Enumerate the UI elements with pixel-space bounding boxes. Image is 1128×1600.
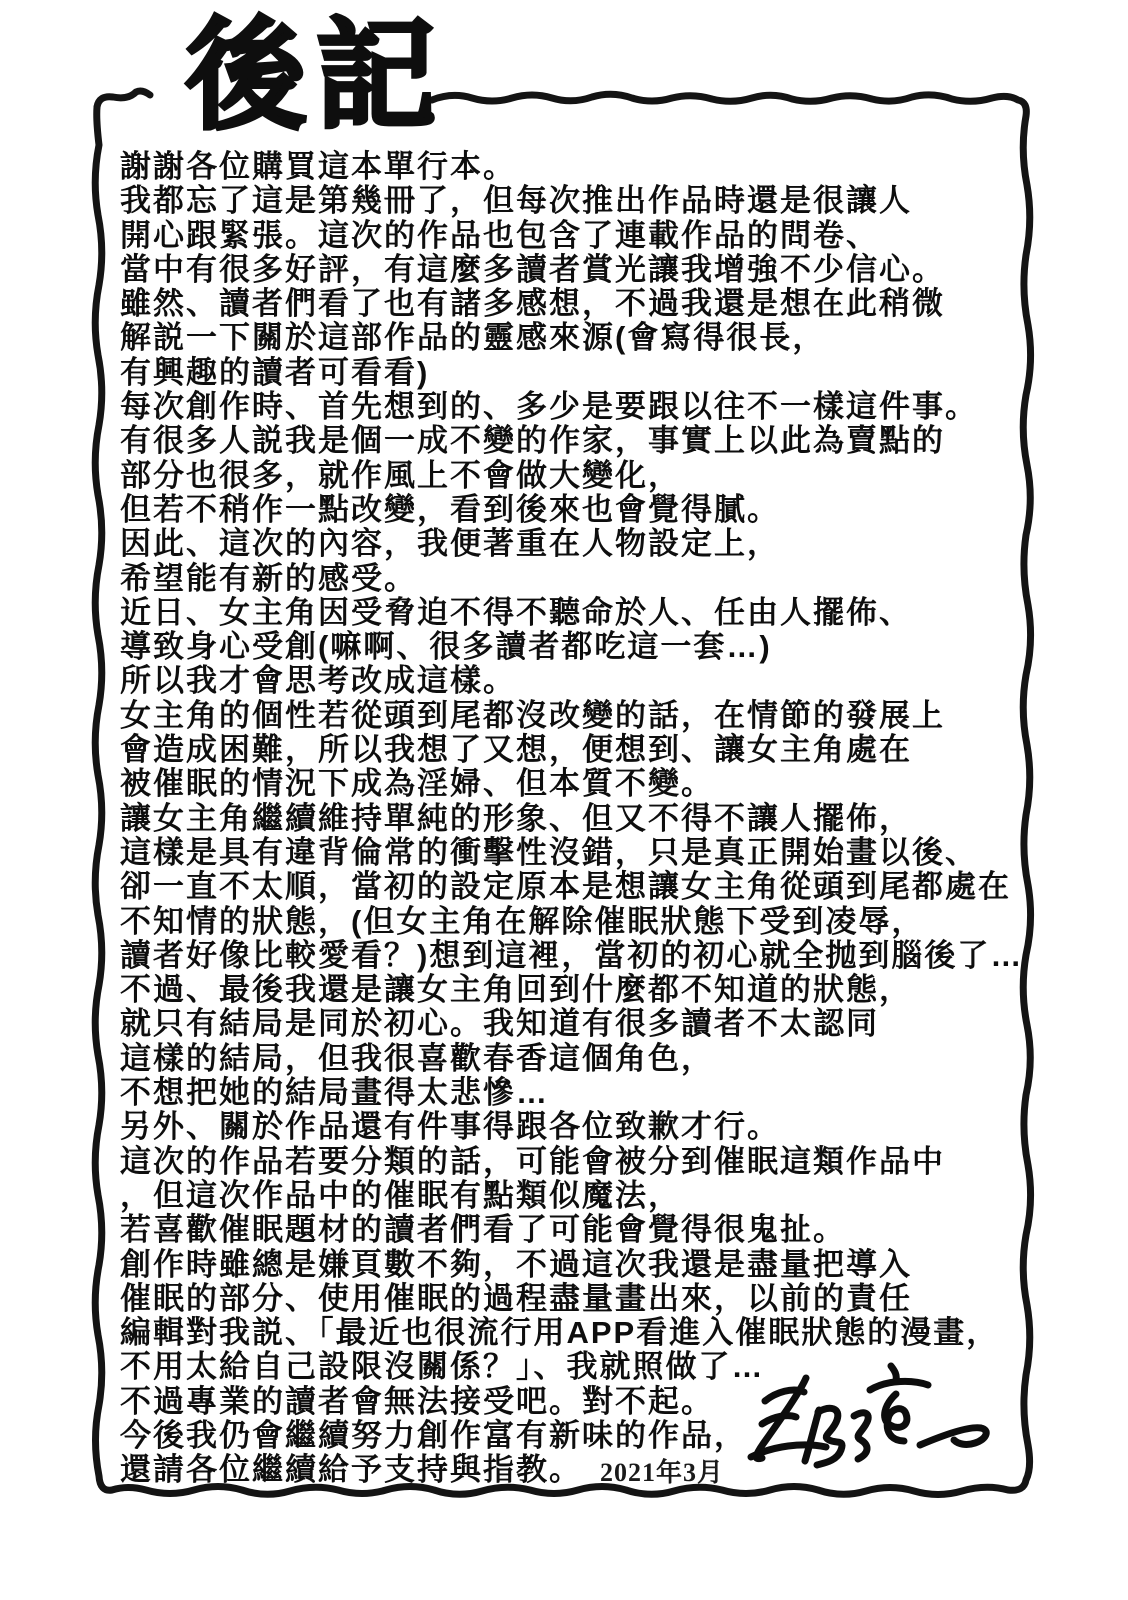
text-line: 被催眠的情況下成為淫婦、但本質不變。	[120, 767, 1040, 801]
text-line: 這樣的結局，但我很喜歡春香這個角色，	[120, 1042, 1040, 1076]
text-line: 每次創作時、首先想到的、多少是要跟以往不一樣這件事。	[120, 390, 1040, 424]
text-line: 讀者好像比較愛看？)想到這裡，當初的初心就全抛到腦後了…	[120, 939, 1040, 973]
text-line: 女主角的個性若從頭到尾都沒改變的話，在情節的發展上	[120, 699, 1040, 733]
author-signature	[718, 1348, 1004, 1492]
text-line: 不想把她的結局畫得太悲慘…	[120, 1076, 1040, 1110]
text-line: 不過、最後我還是讓女主角回到什麼都不知道的狀態，	[120, 973, 1040, 1007]
text-line: 開心跟緊張。這次的作品也包含了連載作品的問卷、	[120, 219, 1040, 253]
text-line: 雖然、讀者們看了也有諸多感想，不過我還是想在此稍微	[120, 287, 1040, 321]
text-line: 有很多人説我是個一成不變的作家，事實上以此為賣點的	[120, 424, 1040, 458]
text-line: 有興趣的讀者可看看)	[120, 356, 1040, 390]
text-line: 會造成困難，所以我想了又想，便想到、讓女主角處在	[120, 733, 1040, 767]
text-line: 希望能有新的感受。	[120, 562, 1040, 596]
text-line: 若喜歡催眠題材的讀者們看了可能會覺得很鬼扯。	[120, 1213, 1040, 1247]
text-line: 謝謝各位購買這本單行本。	[120, 150, 1040, 184]
text-line: 這次的作品若要分類的話，可能會被分到催眠這類作品中	[120, 1145, 1040, 1179]
text-line: 這樣是具有違背倫常的衝擊性沒錯，只是真正開始畫以後、	[120, 836, 1040, 870]
text-line: 當中有很多好評，有這麼多讀者賞光讓我增強不少信心。	[120, 253, 1040, 287]
border-top-left-stub	[97, 91, 150, 107]
text-line: 編輯對我説、「最近也很流行用APP看進入催眠狀態的漫畫，	[120, 1316, 1040, 1350]
text-line: 導致身心受創(嘛啊、很多讀者都吃這一套…)	[120, 630, 1040, 664]
date-label: 2021年3月	[600, 1452, 724, 1489]
text-line: ，但這次作品中的催眠有點類似魔法，	[120, 1179, 1040, 1213]
text-line: 所以我才會思考改成這樣。	[120, 664, 1040, 698]
text-line: 部分也很多，就作風上不會做大變化，	[120, 459, 1040, 493]
text-line: 卻一直不太順，當初的設定原本是想讓女主角從頭到尾都處在	[120, 870, 1040, 904]
afterword-page: 後記 謝謝各位購買這本單行本。我都忘了這是第幾冊了，但每次推出作品時還是很讓人開…	[0, 0, 1128, 1600]
text-line: 就只有結局是同於初心。我知道有很多讀者不太認同	[120, 1007, 1040, 1041]
text-line: 我都忘了這是第幾冊了，但每次推出作品時還是很讓人	[120, 184, 1040, 218]
text-line: 因此、這次的內容，我便著重在人物設定上，	[120, 527, 1040, 561]
text-line: 讓女主角繼續維持單純的形象、但又不得不讓人擺佈，	[120, 802, 1040, 836]
text-line: 但若不稍作一點改變，看到後來也會覺得膩。	[120, 493, 1040, 527]
text-line: 近日、女主角因受脅迫不得不聽命於人、任由人擺佈、	[120, 596, 1040, 630]
text-line: 解説一下關於這部作品的靈感來源(會寫得很長，	[120, 321, 1040, 355]
text-line: 不知情的狀態，(但女主角在解除催眠狀態下受到凌辱，	[120, 905, 1040, 939]
afterword-text: 謝謝各位購買這本單行本。我都忘了這是第幾冊了，但每次推出作品時還是很讓人開心跟緊…	[120, 150, 1040, 1488]
page-title: 後記	[186, 16, 446, 136]
text-line: 催眠的部分、使用催眠的過程盡量畫出來，以前的責任	[120, 1282, 1040, 1316]
text-line: 創作時雖總是嫌頁數不夠，不過這次我還是盡量把導入	[120, 1248, 1040, 1282]
text-line: 另外、關於作品還有件事得跟各位致歉才行。	[120, 1110, 1040, 1144]
